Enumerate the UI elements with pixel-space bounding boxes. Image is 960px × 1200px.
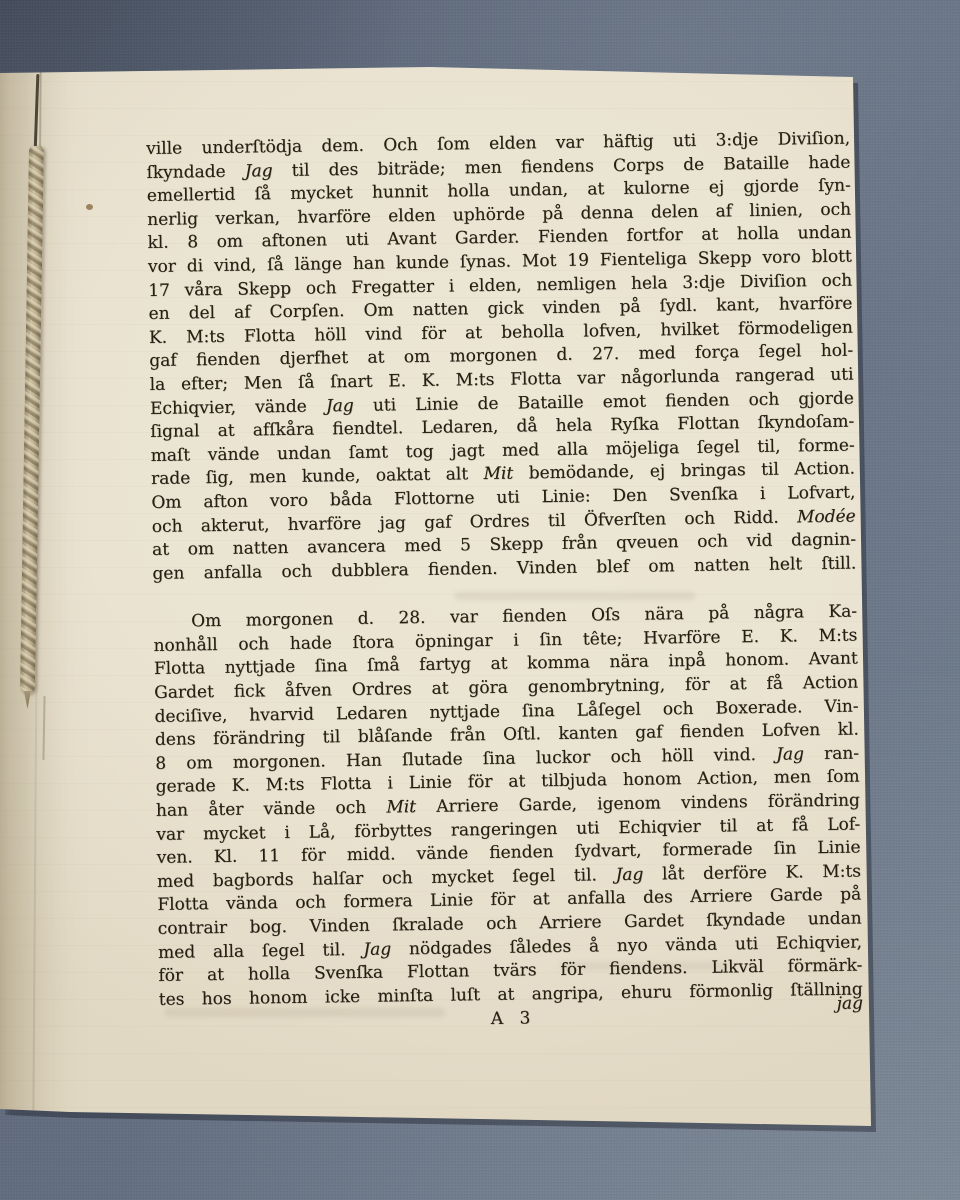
stain-speck: [86, 204, 93, 210]
book-page: villeunderſtödjadem.Ochſomeldenvarhäftig…: [0, 0, 900, 1145]
catchword: jag: [836, 993, 863, 1017]
paragraph: Ommorgonend.28.varfiendenOſsnärapånågraK…: [153, 601, 863, 1012]
text-block: villeunderſtödjadem.Ochſomeldenvarhäftig…: [146, 128, 863, 1038]
paragraph: villeunderſtödjadem.Ochſomeldenvarhäftig…: [146, 128, 857, 587]
